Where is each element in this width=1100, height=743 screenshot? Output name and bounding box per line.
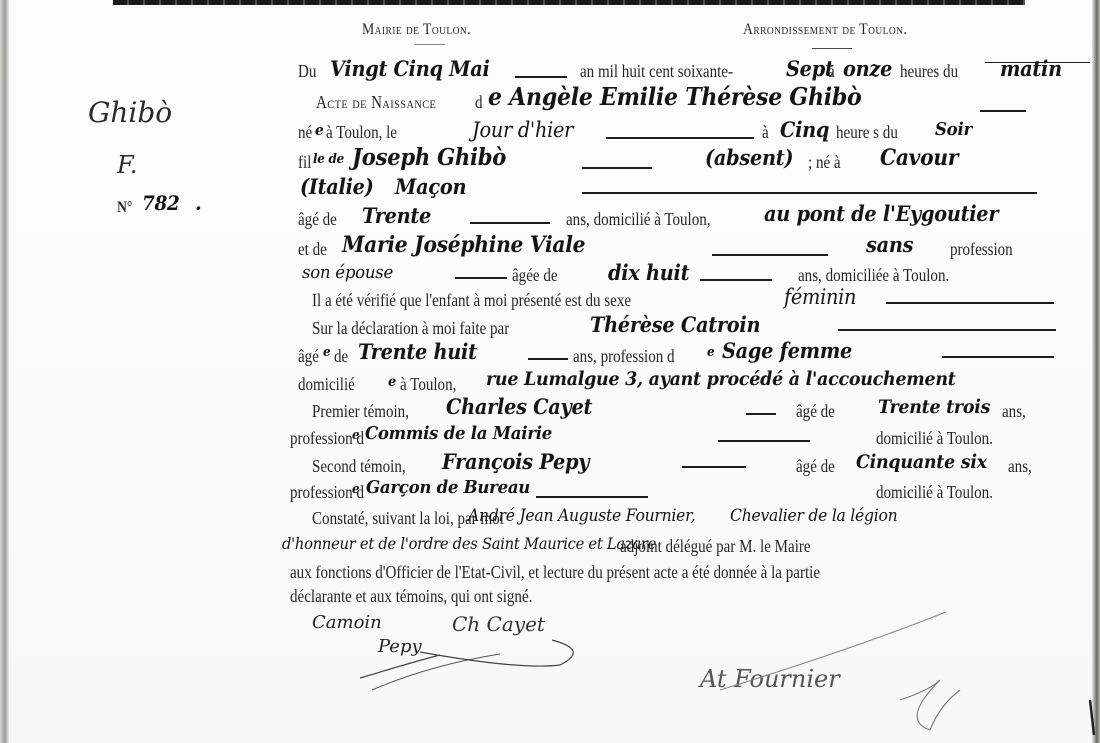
signature-flourishes — [0, 0, 1100, 743]
birth-record-page: Mairie de Toulon. Arrondissement de Toul… — [0, 0, 1100, 743]
